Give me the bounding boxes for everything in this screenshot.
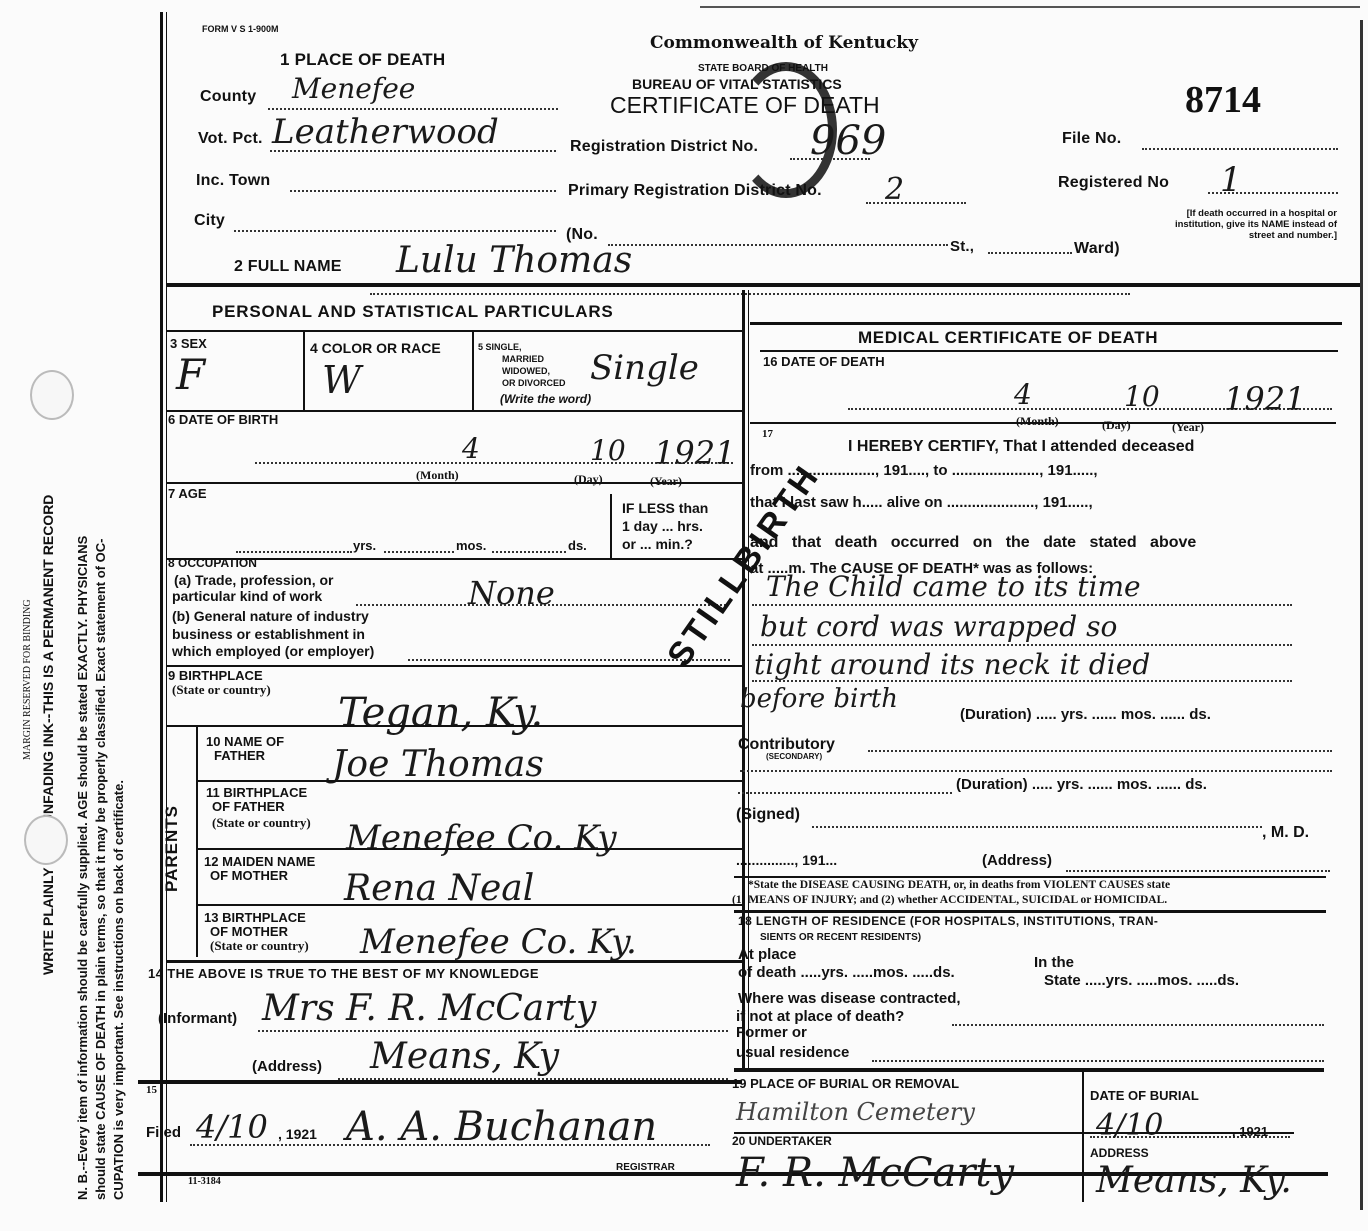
- margin-binding-note: MARGIN RESERVED FOR BINDING: [22, 599, 33, 760]
- margin-nb-line-3: CUPATION is very important. See instruct…: [111, 780, 126, 1200]
- physician-address-label: (Address): [982, 852, 1052, 869]
- place-of-death-heading: 1 PLACE OF DEATH: [280, 50, 445, 70]
- registrar-signature: A. A. Buchanan: [346, 1104, 657, 1150]
- medical-heading: MEDICAL CERTIFICATE OF DEATH: [858, 328, 1158, 348]
- registered-number-label: Registered No: [1058, 174, 1169, 192]
- ward-line: [988, 252, 1072, 254]
- undertaker-label: 20 UNDERTAKER: [732, 1134, 832, 1148]
- footnote-1: *State the DISEASE CAUSING DEATH, or, in…: [748, 879, 1170, 891]
- cause-line-2: [752, 644, 1292, 646]
- county-line: [268, 108, 558, 110]
- physician-address-line: [1066, 870, 1330, 872]
- occupation-label: 8 OCCUPATION: [168, 556, 257, 570]
- at-place-label-1: At place: [738, 946, 796, 963]
- dod-day-caption: (Day): [1102, 418, 1131, 433]
- md-label: , M. D.: [1262, 824, 1309, 842]
- item-17: 17: [762, 428, 773, 440]
- race-divider: [472, 332, 474, 412]
- row-line-14: [138, 1080, 742, 1084]
- primary-district-value: 2: [885, 172, 904, 207]
- informant-address-label: (Address): [252, 1058, 322, 1075]
- filed-date: 4/10: [196, 1108, 268, 1146]
- city-line: [234, 230, 556, 232]
- margin-nb-line-2: should state CAUSE OF DEATH in plain ter…: [93, 539, 108, 1200]
- cause-value-4: before birth: [740, 684, 898, 714]
- file-number-label: File No.: [1062, 130, 1121, 148]
- date-of-death-label: 16 DATE OF DEATH: [763, 354, 885, 369]
- row-line-10: [198, 780, 742, 782]
- birthplace-sub: (State or country): [172, 682, 271, 698]
- burial-divider: [1082, 1072, 1084, 1202]
- age-yrs-line: [236, 551, 352, 553]
- contributory-line: [868, 750, 1332, 752]
- mother-birthplace-value: Menefee Co. Ky.: [360, 922, 637, 962]
- form-number: FORM V S 1-900M: [202, 24, 279, 34]
- birthplace-label: 9 BIRTHPLACE: [168, 668, 263, 683]
- age-mos: mos.: [456, 538, 486, 553]
- form-right-border: [1360, 20, 1363, 1210]
- signed-date: ..............., 191...: [736, 852, 837, 868]
- row-line-12: [198, 904, 742, 906]
- row-line-11: [198, 848, 742, 850]
- age-ds: ds.: [568, 538, 587, 553]
- age-mos-line: [384, 551, 454, 553]
- date-of-death-day: 10: [1124, 380, 1160, 413]
- residence-end-line: [734, 1068, 1324, 1072]
- full-name-label: 2 FULL NAME: [234, 258, 342, 276]
- former-residence-line: [872, 1060, 1324, 1062]
- dob-day: 10: [590, 434, 626, 467]
- father-birthplace-value: Menefee Co. Ky: [346, 818, 617, 858]
- dob-label: 6 DATE OF BIRTH: [168, 412, 278, 427]
- row-line-9: [166, 725, 742, 727]
- where-contracted-line: [952, 1024, 1324, 1026]
- parents-divider: [196, 725, 198, 957]
- mother-birthplace-label-3: (State or country): [210, 938, 309, 954]
- date-of-death-year: 1921: [1224, 380, 1305, 418]
- registration-district-value: 969: [810, 118, 886, 164]
- informant-value: Mrs F. R. McCarty: [262, 988, 596, 1029]
- inc-town-line: [290, 190, 556, 192]
- state-name: Commonwealth of Kentucky: [650, 33, 918, 53]
- less-than-3: or ... min.?: [622, 536, 693, 552]
- marital-label-1: 5 SINGLE,: [478, 342, 522, 352]
- county-label: County: [200, 88, 256, 106]
- full-name-line: [370, 293, 1130, 295]
- burial-date-label: DATE OF BURIAL: [1090, 1088, 1199, 1103]
- medical-row-footnote: [734, 910, 1326, 913]
- street-label: St.,: [950, 238, 974, 255]
- voting-precinct-label: Vot. Pct.: [198, 130, 263, 148]
- parents-label: PARENTS: [162, 805, 182, 892]
- secondary-label: (SECONDARY): [766, 752, 822, 761]
- row-line-8: [166, 665, 742, 667]
- marital-label-3: WIDOWED,: [502, 366, 550, 376]
- informant-line: [258, 1030, 728, 1032]
- file-number-line: [1142, 148, 1338, 150]
- inc-town-label: Inc. Town: [196, 172, 270, 190]
- undertaker-address-value: Means, Ky.: [1096, 1160, 1292, 1201]
- cause-line-1: [752, 604, 1292, 606]
- medical-top-line: [750, 322, 1342, 325]
- where-contracted-1: Where was disease contracted,: [738, 990, 961, 1007]
- informant-statement: 14 THE ABOVE IS TRUE TO THE BEST OF MY K…: [148, 966, 539, 981]
- mother-birthplace-label-1: 13 BIRTHPLACE: [204, 910, 306, 925]
- occupation-b-3: which employed (or employer): [172, 643, 374, 659]
- cause-value-2: but cord was wrapped so: [760, 610, 1117, 643]
- occupation-b-2: business or establishment in: [172, 626, 365, 642]
- form-top-border: [700, 6, 1360, 8]
- voting-precinct-value: Leatherwood: [272, 112, 499, 152]
- footnote-2: (1) MEANS OF INJURY; and (2) whether ACC…: [732, 894, 1167, 906]
- age-yrs: yrs.: [353, 538, 376, 553]
- medical-row-17-end: [734, 876, 1326, 878]
- dob-year: 1921: [654, 434, 735, 472]
- race-label: 4 COLOR OR RACE: [310, 340, 441, 356]
- margin-write-plainly: WRITE PLAINLY WITH UNFADING INK--THIS IS…: [40, 495, 56, 975]
- filed-label: Filed: [146, 1124, 181, 1141]
- sex-label: 3 SEX: [170, 336, 207, 351]
- signed-line: [812, 826, 1262, 828]
- at-place-label-2: of death .....yrs. .....mos. .....ds.: [738, 964, 955, 981]
- dob-month-caption: (Month): [416, 468, 459, 483]
- city-label: City: [194, 212, 225, 230]
- marital-label-5: (Write the word): [500, 392, 591, 406]
- occupation-a-2: particular kind of work: [172, 588, 322, 604]
- residence-heading-2: SIENTS OR RECENT RESIDENTS): [760, 932, 921, 943]
- death-occurred-line: and that death occurred on the date stat…: [750, 534, 1196, 552]
- birthplace-value: Tegan, Ky.: [338, 690, 543, 736]
- medical-row-16: [750, 422, 1336, 424]
- in-state-label-2: State .....yrs. .....mos. .....ds.: [1044, 972, 1239, 989]
- registration-district-label: Registration District No.: [570, 138, 758, 156]
- occupation-a-1: (a) Trade, profession, or: [174, 572, 333, 588]
- burial-place-label: 19 PLACE OF BURIAL OR REMOVAL: [732, 1076, 959, 1091]
- item-15: 15: [146, 1084, 157, 1096]
- primary-district-line: [866, 202, 966, 204]
- marital-label-2: MARRIED: [502, 354, 544, 364]
- ward-label: Ward): [1074, 240, 1120, 258]
- duration-line-2: (Duration) ..... yrs. ...... mos. ......…: [956, 776, 1207, 793]
- in-state-label-1: In the: [1034, 954, 1074, 971]
- burial-place-value: Hamilton Cemetery: [736, 1098, 975, 1126]
- binding-punch-hole-bottom: [24, 815, 68, 865]
- row-line-13: [166, 960, 742, 963]
- race-value: W: [322, 358, 361, 402]
- signed-label: (Signed): [736, 806, 800, 824]
- burial-date-value: 4/10: [1096, 1108, 1163, 1143]
- dob-day-caption: (Day): [574, 472, 603, 487]
- occupation-value: None: [468, 574, 555, 612]
- father-label-1: 10 NAME OF: [206, 734, 284, 749]
- informant-address-value: Means, Ky: [370, 1036, 559, 1077]
- less-than-1: IF LESS than: [622, 500, 708, 516]
- mother-name-label-2: OF MOTHER: [210, 868, 288, 883]
- informant-label: (Informant): [158, 1010, 237, 1027]
- cause-value-1: The Child came to its time: [766, 570, 1141, 603]
- full-name-value: Lulu Thomas: [396, 240, 632, 281]
- filed-year: , 1921: [278, 1126, 317, 1142]
- age-label: 7 AGE: [168, 486, 207, 501]
- father-birthplace-label-1: 11 BIRTHPLACE: [206, 785, 307, 800]
- former-residence-2: usual residence: [736, 1044, 849, 1061]
- undertaker-value: F. R. McCarty: [736, 1150, 1014, 1196]
- father-birthplace-label-3: (State or country): [212, 815, 311, 831]
- certificate-number: 8714: [1185, 78, 1261, 122]
- medical-heading-line: [760, 350, 1338, 352]
- where-contracted-2: if not at place of death?: [736, 1008, 904, 1025]
- marital-label-4: OR DIVORCED: [502, 378, 566, 388]
- personal-heading: PERSONAL AND STATISTICAL PARTICULARS: [212, 302, 614, 322]
- cause-value-3: tight around its neck it died: [754, 648, 1150, 681]
- father-value: Joe Thomas: [332, 744, 544, 785]
- sex-value: F: [176, 350, 205, 399]
- undertaker-address-label: ADDRESS: [1090, 1146, 1149, 1160]
- contributory-line-2: [740, 770, 1332, 772]
- main-divider: [166, 283, 1360, 287]
- row-line-6: [166, 482, 742, 484]
- mother-name-value: Rena Neal: [344, 868, 534, 909]
- county-value: Menefee: [292, 72, 415, 105]
- street-line: [608, 244, 948, 246]
- father-label-2: FATHER: [214, 748, 265, 763]
- margin-nb-line-1: N. B.--Every item of information should …: [75, 536, 90, 1200]
- certify-statement: I HEREBY CERTIFY, That I attended deceas…: [848, 438, 1194, 456]
- mother-name-label-1: 12 MAIDEN NAME: [204, 854, 315, 869]
- age-ds-line: [492, 551, 566, 553]
- binding-punch-hole-top: [30, 370, 74, 420]
- hospital-note: [If death occurred in a hospital or inst…: [1165, 208, 1337, 241]
- personal-heading-line: [166, 330, 742, 332]
- duration-dots-2: [738, 792, 952, 794]
- sex-divider: [303, 332, 305, 412]
- primary-district-label: Primary Registration District No.: [568, 182, 822, 200]
- dob-month: 4: [462, 432, 480, 465]
- mother-birthplace-label-2: OF MOTHER: [210, 924, 288, 939]
- form-code: 11-3184: [188, 1176, 221, 1187]
- registered-number-value: 1: [1220, 160, 1242, 200]
- date-of-death-month: 4: [1014, 378, 1032, 411]
- marital-value: Single: [590, 348, 699, 388]
- residence-heading-1: 18 LENGTH OF RESIDENCE (FOR HOSPITALS, I…: [738, 914, 1158, 928]
- former-residence-1: Former or: [736, 1024, 807, 1041]
- duration-line-1: (Duration) ..... yrs. ...... mos. ......…: [960, 706, 1211, 723]
- age-divider: [610, 494, 612, 558]
- father-birthplace-label-2: OF FATHER: [212, 799, 285, 814]
- less-than-2: 1 day ... hrs.: [622, 518, 703, 534]
- occupation-b-1: (b) General nature of industry: [172, 608, 369, 624]
